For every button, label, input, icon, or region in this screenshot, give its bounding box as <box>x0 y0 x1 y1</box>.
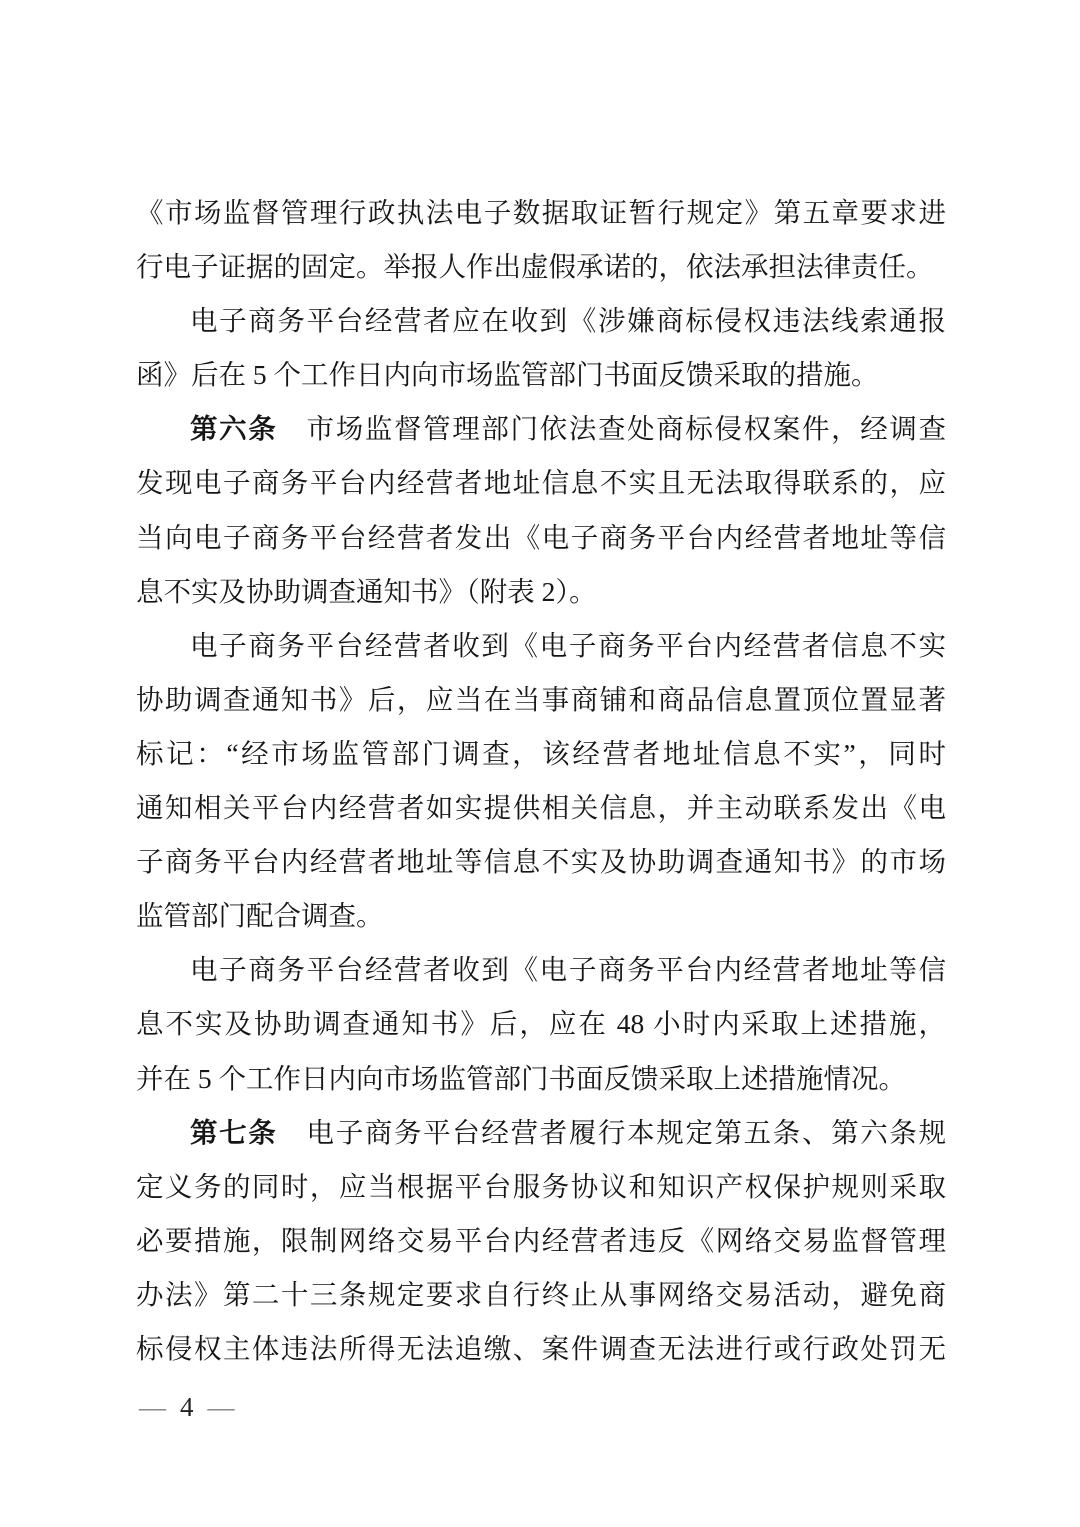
footer-right-dash: — <box>208 1392 235 1422</box>
text-line: 协助调查通知书》后，应当在当事商铺和商品信息置顶位置显著 <box>136 673 946 727</box>
document-page: 《市场监督管理行政执法电子数据取证暂行规定》第五章要求进行电子证据的固定。举报人… <box>0 0 1080 1527</box>
text-line: 行电子证据的固定。举报人作出虚假承诺的，依法承担法律责任。 <box>136 240 946 294</box>
text-line: 息不实及协助调查通知书》（附表 2）。 <box>136 565 946 619</box>
text-line: 标侵权主体违法所得无法追缴、案件调查无法进行或行政处罚无 <box>136 1322 946 1376</box>
text-line: 息不实及协助调查通知书》后，应在 48 小时内采取上述措施， <box>136 997 946 1051</box>
document-body: 《市场监督管理行政执法电子数据取证暂行规定》第五章要求进行电子证据的固定。举报人… <box>136 186 946 1376</box>
text-line: 发现电子商务平台内经营者地址信息不实且无法取得联系的，应 <box>136 456 946 510</box>
article-number: 第六条 <box>190 413 277 444</box>
text-line: 电子商务平台经营者应在收到《涉嫌商标侵权违法线索通报 <box>136 294 946 348</box>
text-line: 子商务平台内经营者地址等信息不实及协助调查通知书》的市场 <box>136 835 946 889</box>
text-line: 必要措施，限制网络交易平台内经营者违反《网络交易监督管理 <box>136 1214 946 1268</box>
text-line: 当向电子商务平台经营者发出《电子商务平台内经营者地址等信 <box>136 511 946 565</box>
text-line: 并在 5 个工作日内向市场监管部门书面反馈采取上述措施情况。 <box>136 1052 946 1106</box>
footer-left-dash: — <box>139 1392 166 1422</box>
text-line: 监管部门配合调查。 <box>136 889 946 943</box>
text-line: 《市场监督管理行政执法电子数据取证暂行规定》第五章要求进 <box>136 186 946 240</box>
page-number: 4 <box>166 1392 208 1422</box>
page-footer: —4— <box>139 1390 235 1424</box>
text-line: 定义务的同时，应当根据平台服务协议和知识产权保护规则采取 <box>136 1160 946 1214</box>
text-line: 办法》第二十三条规定要求自行终止从事网络交易活动，避免商 <box>136 1268 946 1322</box>
text-line: 第七条 电子商务平台经营者履行本规定第五条、第六条规 <box>136 1106 946 1160</box>
text-line: 电子商务平台经营者收到《电子商务平台内经营者信息不实 <box>136 619 946 673</box>
text-line: 通知相关平台内经营者如实提供相关信息，并主动联系发出《电 <box>136 781 946 835</box>
text-line: 第六条 市场监督管理部门依法查处商标侵权案件，经调查 <box>136 402 946 456</box>
text-line: 函》后在 5 个工作日内向市场监管部门书面反馈采取的措施。 <box>136 348 946 402</box>
text-line: 标记：“经市场监管部门调查，该经营者地址信息不实”，同时 <box>136 727 946 781</box>
text-line: 电子商务平台经营者收到《电子商务平台内经营者地址等信 <box>136 943 946 997</box>
article-number: 第七条 <box>190 1117 277 1148</box>
